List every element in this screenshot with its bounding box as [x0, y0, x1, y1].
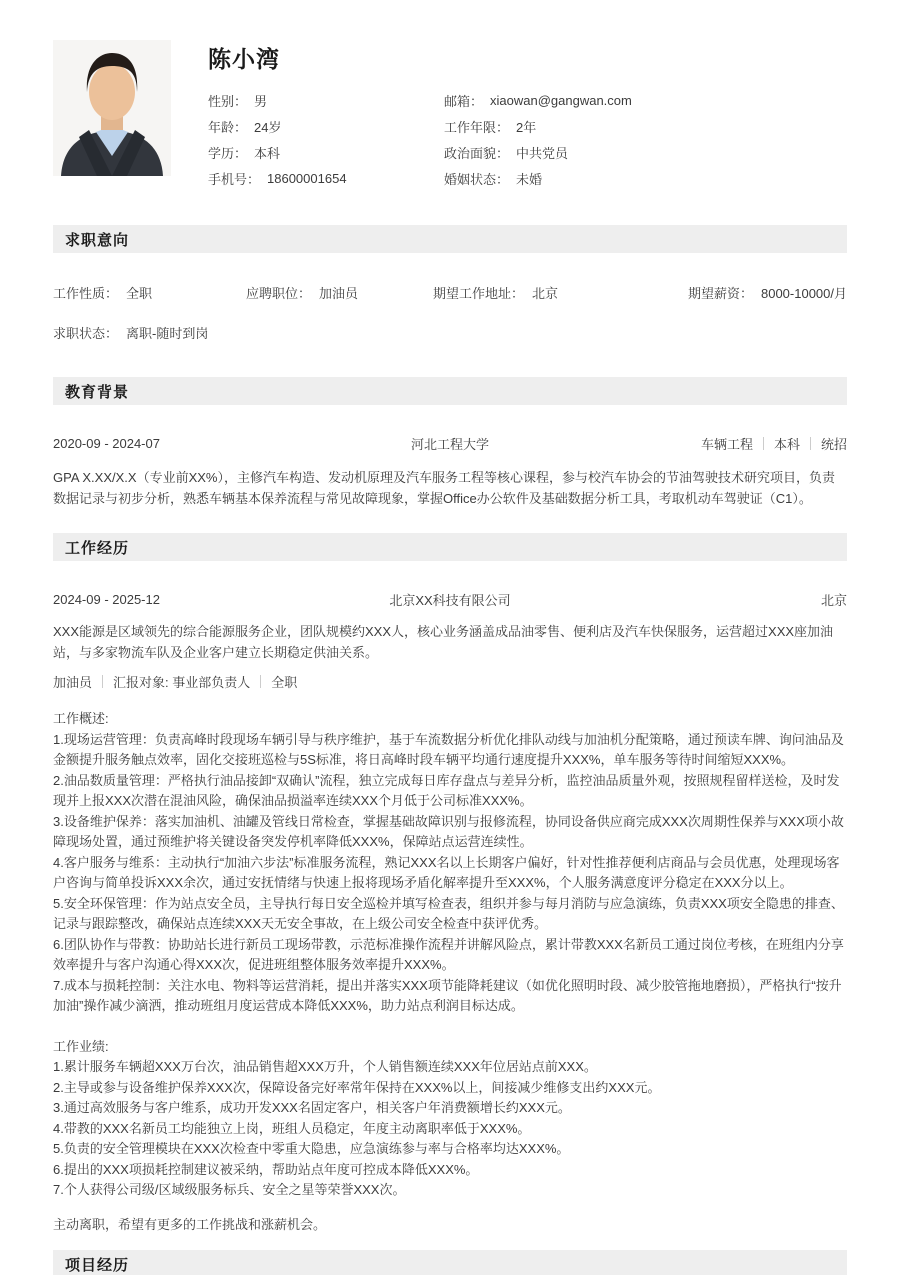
field-label: 工作性质： — [53, 283, 118, 302]
section-header-job-intent: 求职意向 — [53, 225, 847, 253]
work-overview-item: 1.现场运营管理：负责高峰时段现场车辆引导与秩序维护，基于车流数据分析优化排队动… — [53, 730, 847, 771]
work-employment-type: 全职 — [271, 672, 297, 691]
info-political-status-value: 中共党员 — [516, 143, 568, 162]
work-report-to: 汇报对象: 事业部负责人 — [113, 672, 250, 691]
info-experience-years: 工作年限： 2年 — [444, 113, 847, 139]
separator — [102, 675, 103, 688]
field-target-location: 期望工作地址： 北京 — [433, 283, 651, 302]
work-position: 加油员 — [53, 672, 92, 691]
field-expected-salary: 期望薪资： 8000-10000/月 — [651, 283, 847, 302]
work-overview-item: 4.客户服务与维系：主动执行“加油六步法”标准服务流程，熟记XXX名以上长期客户… — [53, 853, 847, 894]
section-title: 项目经历 — [65, 1254, 129, 1275]
work-achievement-item: 7.个人获得公司级/区域级服务标兵、安全之星等荣誉XXX次。 — [53, 1180, 847, 1201]
section-projects: 项目经历 — [53, 1250, 847, 1275]
field-value: 加油员 — [319, 283, 358, 302]
education-major: 车辆工程 — [701, 434, 753, 453]
person-photo-icon — [53, 40, 171, 176]
education-period: 2020-09 - 2024-07 — [53, 436, 283, 451]
field-job-nature: 工作性质： 全职 — [53, 283, 246, 302]
info-email-value: xiaowan@gangwan.com — [490, 93, 632, 108]
section-header-education: 教育背景 — [53, 377, 847, 405]
section-title: 求职意向 — [65, 229, 129, 250]
work-location: 北京 — [617, 590, 847, 609]
candidate-name: 陈小湾 — [208, 41, 847, 74]
work-achievement-item: 5.负责的安全管理模块在XXX次检查中零重大隐患，应急演练参与率与合格率均达XX… — [53, 1139, 847, 1160]
info-phone-label: 手机号： — [208, 169, 260, 188]
info-marital-status: 婚姻状态： 未婚 — [444, 165, 847, 191]
company-intro: XXX能源是区域领先的综合能源服务企业，团队规模约XXX人，核心业务涵盖成品油零… — [53, 622, 847, 663]
work-description: 工作概述: 1.现场运营管理：负责高峰时段现场车辆引导与秩序维护，基于车流数据分… — [53, 709, 847, 1201]
info-email: 邮箱： xiaowan@gangwan.com — [444, 87, 847, 113]
work-overview-item: 5.安全环保管理：作为站点安全员，主导执行每日安全巡检并填写检查表，组织并参与每… — [53, 894, 847, 935]
section-header-work: 工作经历 — [53, 533, 847, 561]
work-company: 北京XX科技有限公司 — [283, 590, 617, 609]
profile-photo — [53, 40, 171, 176]
info-gender-value: 男 — [254, 91, 267, 110]
info-degree-value: 本科 — [254, 143, 280, 162]
field-label: 期望薪资： — [688, 283, 753, 302]
education-enrollment-type: 统招 — [821, 434, 847, 453]
work-achievement-item: 4.带教的XXX名新员工均能独立上岗，班组人员稳定，年度主动离职率低于XXX%。 — [53, 1119, 847, 1140]
info-degree-label: 学历： — [208, 143, 247, 162]
info-marital-status-value: 未婚 — [516, 169, 542, 188]
education-meta-row: 2020-09 - 2024-07 河北工程大学 车辆工程 本科 统招 — [53, 434, 847, 453]
section-job-intent: 求职意向 工作性质： 全职 应聘职位： 加油员 期望工作地址： 北京 期望薪资：… — [53, 225, 847, 342]
work-achievement-item: 2.主导或参与设备维护保养XXX次，保障设备完好率常年保持在XXX%以上，间接减… — [53, 1078, 847, 1099]
info-age: 年龄： 24岁 — [208, 113, 444, 139]
info-marital-status-label: 婚姻状态： — [444, 169, 509, 188]
work-overview-item: 7.成本与损耗控制：关注水电、物料等运营消耗，提出并落实XXX项节能降耗建议（如… — [53, 976, 847, 1017]
field-value: 8000-10000/月 — [761, 283, 847, 302]
work-achievement-item: 3.通过高效服务与客户维系，成功开发XXX名固定客户，相关客户年消费额增长约XX… — [53, 1098, 847, 1119]
leaving-reason: 主动离职，希望有更多的工作挑战和涨薪机会。 — [53, 1215, 847, 1236]
info-political-status: 政治面貌： 中共党员 — [444, 139, 847, 165]
section-title: 工作经历 — [65, 537, 129, 558]
info-email-label: 邮箱： — [444, 91, 483, 110]
separator — [810, 437, 811, 450]
work-overview-item: 2.油品数质量管理：严格执行油品接卸“双确认”流程，独立完成每日库存盘点与差异分… — [53, 771, 847, 812]
info-degree: 学历： 本科 — [208, 139, 444, 165]
work-achievement-item: 6.提出的XXX项损耗控制建议被采纳，帮助站点年度可控成本降低XXX%。 — [53, 1160, 847, 1181]
field-label: 求职状态： — [53, 323, 118, 342]
info-age-value: 24岁 — [254, 117, 281, 136]
profile-info: 陈小湾 性别： 男 邮箱： xiaowan@gangwan.com 年龄： 24… — [208, 40, 847, 191]
separator — [260, 675, 261, 688]
info-age-label: 年龄： — [208, 117, 247, 136]
field-job-status: 求职状态： 离职-随时到岗 — [53, 323, 847, 342]
profile-info-grid: 性别： 男 邮箱： xiaowan@gangwan.com 年龄： 24岁 工作… — [208, 87, 847, 191]
info-political-status-label: 政治面貌： — [444, 143, 509, 162]
work-meta-row: 2024-09 - 2025-12 北京XX科技有限公司 北京 — [53, 590, 847, 609]
section-header-projects: 项目经历 — [53, 1250, 847, 1275]
education-school: 河北工程大学 — [283, 434, 617, 453]
field-value: 北京 — [532, 283, 558, 302]
separator — [763, 437, 764, 450]
info-gender-label: 性别： — [208, 91, 247, 110]
info-phone-value: 18600001654 — [267, 171, 347, 186]
education-tags: 车辆工程 本科 统招 — [617, 434, 847, 453]
field-target-position: 应聘职位： 加油员 — [246, 283, 433, 302]
work-overview-title: 工作概述: — [53, 709, 847, 730]
work-achievement-item: 1.累计服务车辆超XXX万台次，油品销售超XXX万升，个人销售额连续XXX年位居… — [53, 1057, 847, 1078]
section-work-experience: 工作经历 2024-09 - 2025-12 北京XX科技有限公司 北京 XXX… — [53, 533, 847, 1235]
profile-header: 陈小湾 性别： 男 邮箱： xiaowan@gangwan.com 年龄： 24… — [53, 40, 847, 191]
section-education: 教育背景 2020-09 - 2024-07 河北工程大学 车辆工程 本科 统招… — [53, 377, 847, 509]
education-degree: 本科 — [774, 434, 800, 453]
education-description: GPA X.XX/X.X（专业前XX%），主修汽车构造、发动机原理及汽车服务工程… — [53, 468, 847, 509]
field-label: 期望工作地址： — [433, 283, 524, 302]
field-value: 全职 — [126, 283, 152, 302]
job-intent-row: 工作性质： 全职 应聘职位： 加油员 期望工作地址： 北京 期望薪资： 8000… — [53, 283, 847, 302]
work-overview-item: 3.设备维护保养：落实加油机、油罐及管线日常检查，掌握基础故障识别与报修流程，协… — [53, 812, 847, 853]
info-gender: 性别： 男 — [208, 87, 444, 113]
work-period: 2024-09 - 2025-12 — [53, 592, 283, 607]
info-experience-years-label: 工作年限： — [444, 117, 509, 136]
position-row: 加油员 汇报对象: 事业部负责人 全职 — [53, 672, 847, 691]
info-experience-years-value: 2年 — [516, 117, 536, 136]
section-title: 教育背景 — [65, 381, 129, 402]
field-value: 离职-随时到岗 — [126, 323, 208, 342]
info-phone: 手机号： 18600001654 — [208, 165, 444, 191]
resume-page: 陈小湾 性别： 男 邮箱： xiaowan@gangwan.com 年龄： 24… — [0, 0, 900, 1275]
work-achievements-title: 工作业绩: — [53, 1037, 847, 1058]
field-label: 应聘职位： — [246, 283, 311, 302]
work-overview-item: 6.团队协作与带教：协助站长进行新员工现场带教，示范标准操作流程并讲解风险点，累… — [53, 935, 847, 976]
